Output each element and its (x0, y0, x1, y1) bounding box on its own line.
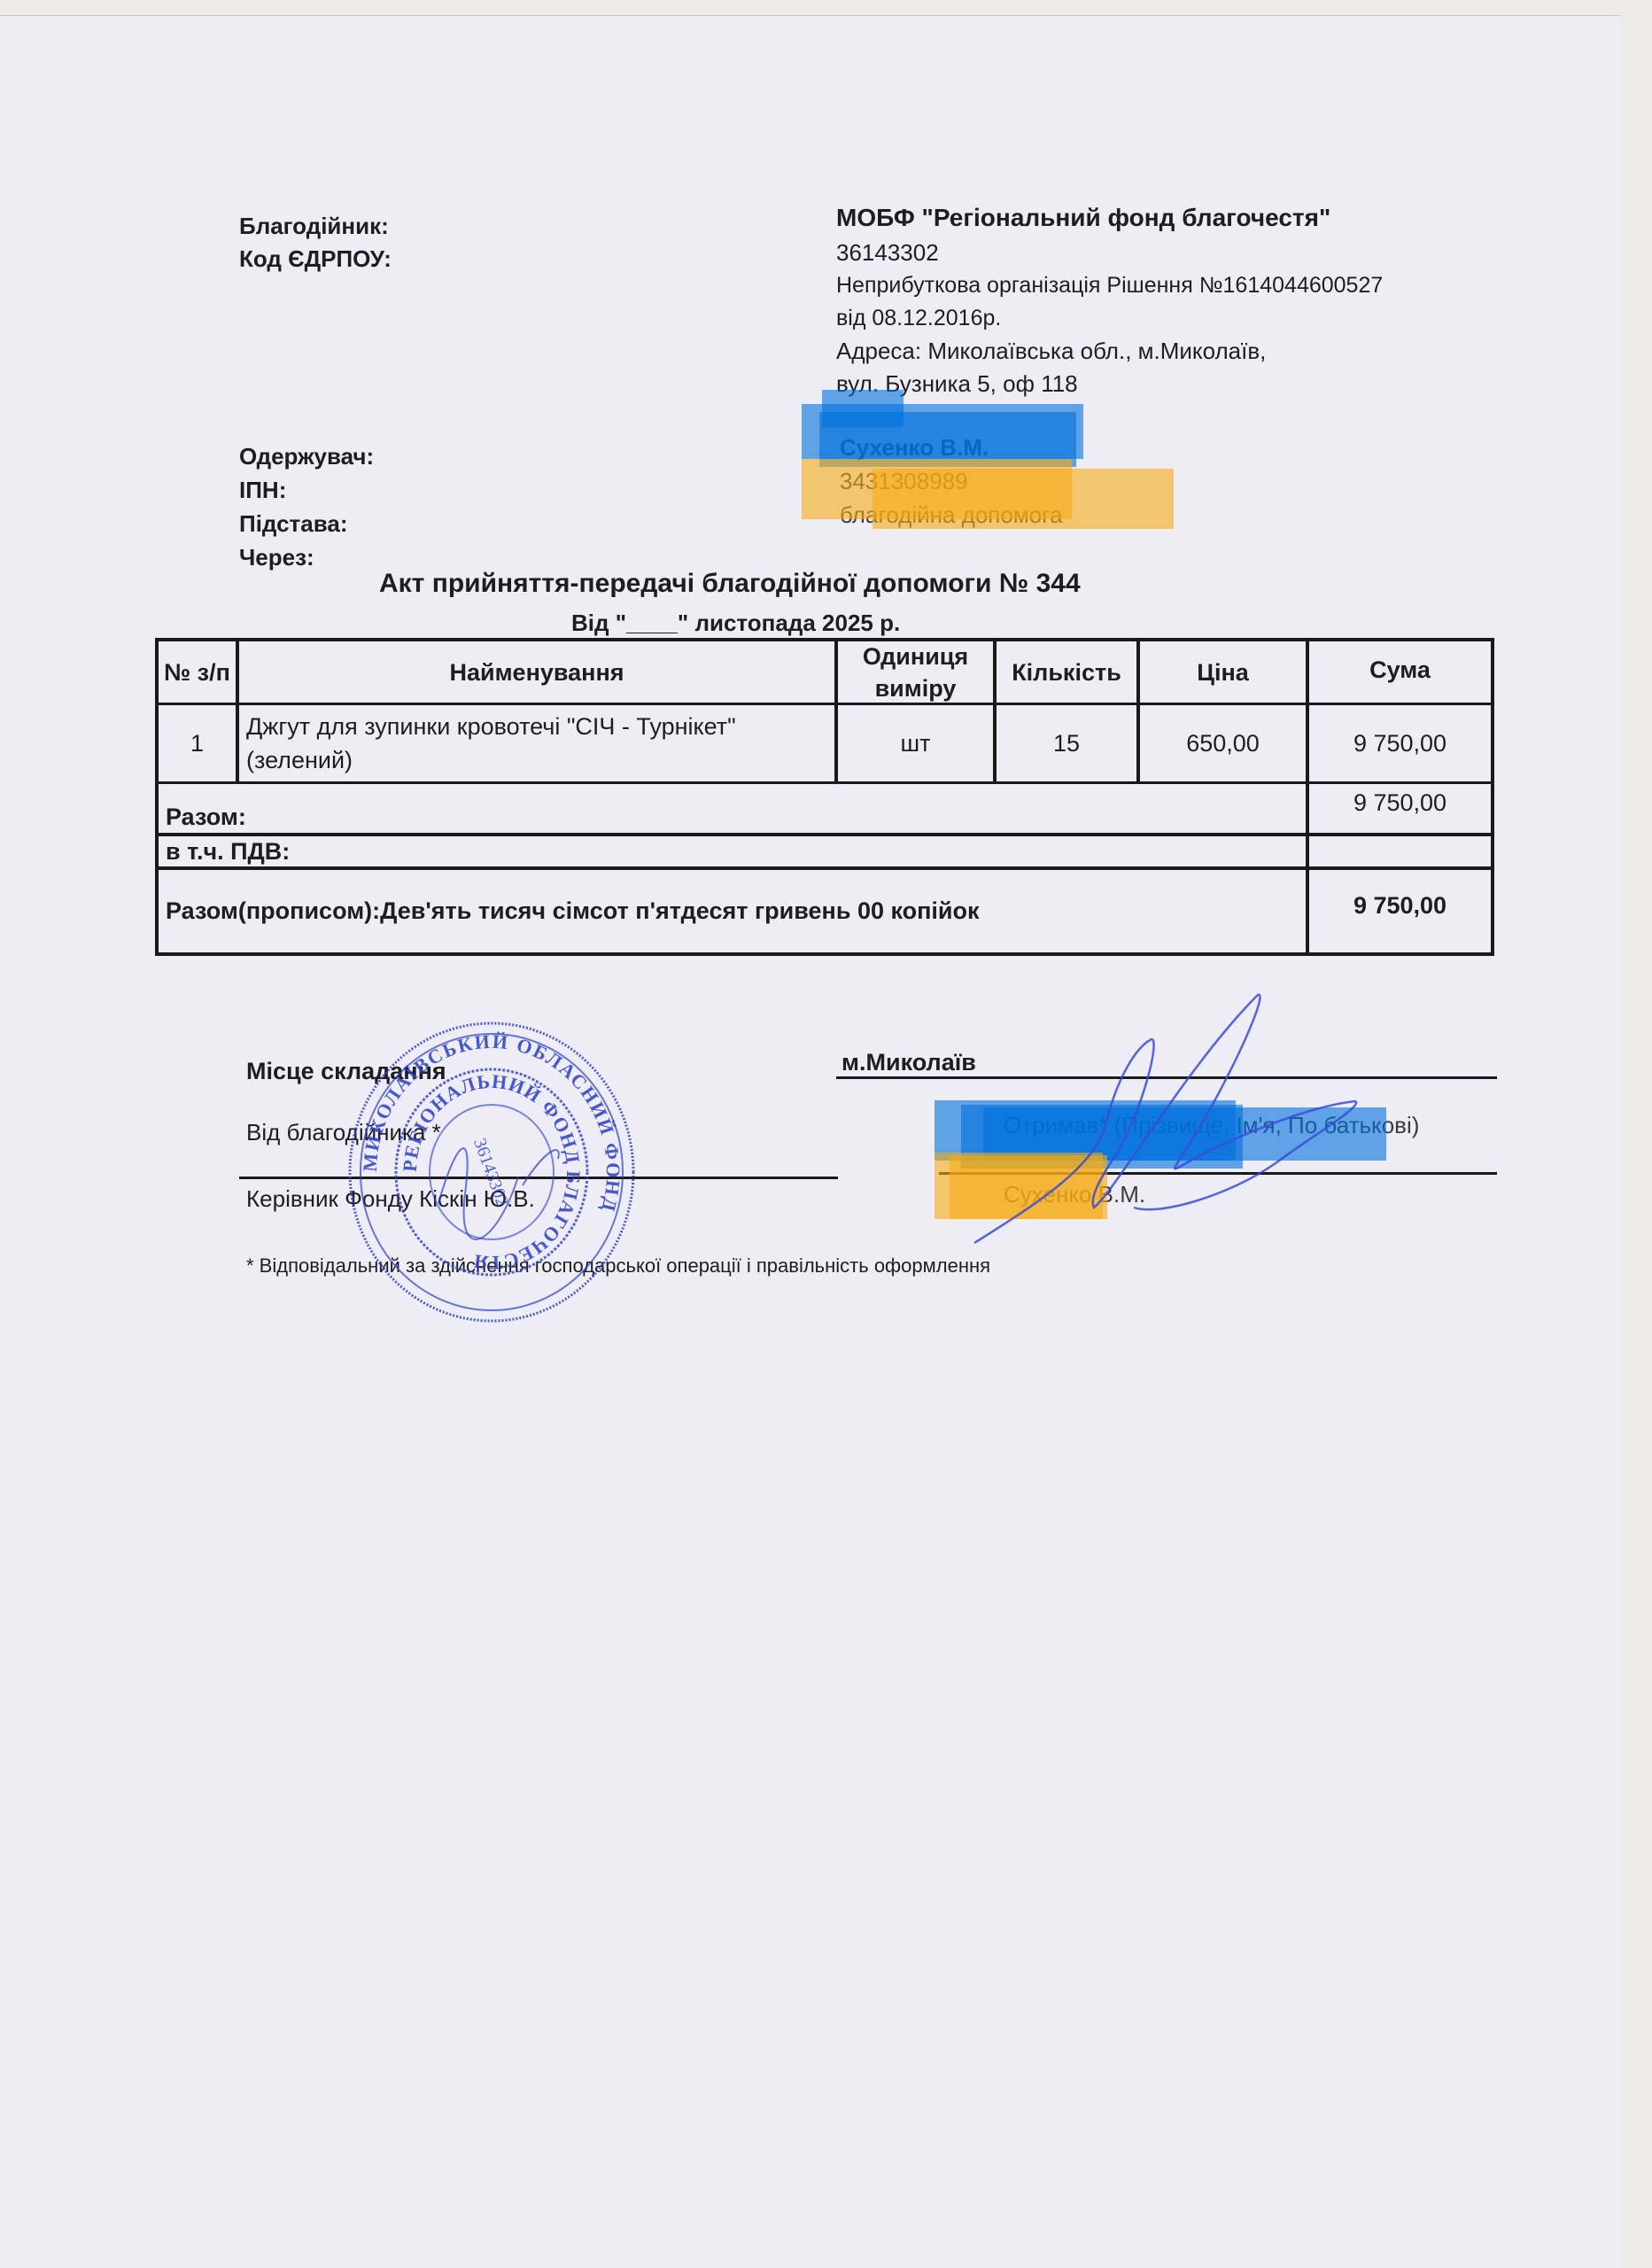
total-in-words-value: 9 750,00 (1309, 870, 1491, 941)
donor-status: Неприбуткова організація Рішення №161404… (836, 273, 1383, 299)
col-header-sum: Сума (1309, 641, 1491, 703)
label-ipn: ІПН: (239, 477, 286, 504)
total-in-words: Разом(прописом):Дев'ять тисяч сімсот п'я… (159, 870, 1306, 952)
items-table: № з/п Найменування Одиниця виміру Кількі… (155, 638, 1494, 956)
donor-edrpou: 36143302 (836, 239, 939, 267)
total-label: Разом: (159, 784, 1299, 833)
col-header-num: № з/п (159, 641, 236, 703)
label-via: Через: (239, 544, 314, 571)
organization-stamp: МИКОЛАЇВСЬКИЙ ОБЛАСНИЙ ФОНД РЕГІОНАЛЬНИЙ… (341, 1017, 642, 1327)
vat-value (1309, 836, 1491, 866)
label-donor: Благодійник: (239, 213, 389, 240)
donor-address-1: Адреса: Миколаївська обл., м.Миколаїв, (836, 338, 1266, 365)
row-1-num: 1 (159, 705, 236, 781)
donor-name: МОБФ "Регіональний фонд благочестя" (836, 204, 1330, 232)
total-value: 9 750,00 (1309, 784, 1491, 833)
col-header-price: Ціна (1140, 641, 1306, 703)
recipient-signature (939, 986, 1391, 1252)
document-title: Акт прийняття-передачі благодійної допом… (379, 569, 1081, 599)
document-page: Благодійник: Код ЄДРПОУ: МОБФ "Регіональ… (0, 15, 1621, 2268)
label-recipient: Одержувач: (239, 443, 374, 470)
label-edrpou: Код ЄДРПОУ: (239, 245, 392, 273)
donor-decision-date: від 08.12.2016р. (836, 306, 1001, 331)
redaction-mark (873, 469, 1174, 529)
row-1-price: 650,00 (1140, 705, 1306, 781)
col-header-unit: Одиниця виміру (838, 641, 993, 703)
col-header-name: Найменування (239, 641, 834, 703)
row-1-name: Джгут для зупинки кровотечі "СІЧ - Турні… (239, 705, 834, 781)
document-date: Від "____" листопада 2025 р. (571, 610, 900, 637)
row-1-unit: шт (838, 705, 993, 781)
vat-label: в т.ч. ПДВ: (159, 836, 1306, 866)
row-1-qty: 15 (997, 705, 1136, 781)
svg-text:36143302: 36143302 (469, 1136, 512, 1209)
col-header-qty: Кількість (997, 641, 1136, 703)
label-basis: Підстава: (239, 510, 347, 538)
row-1-sum: 9 750,00 (1309, 705, 1491, 781)
